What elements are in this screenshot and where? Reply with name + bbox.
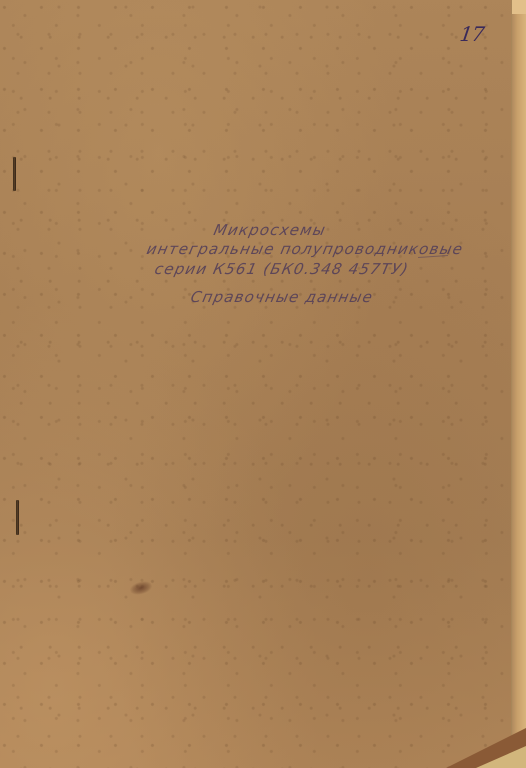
title-line-3: серии К561 (БК0.348 457ТУ) bbox=[153, 260, 411, 278]
title-line-2: интегральные полупроводниковые bbox=[145, 240, 465, 258]
cover-title-block: Микросхемы интегральные полупроводниковы… bbox=[0, 0, 526, 768]
title-line-1: Микросхемы bbox=[212, 221, 328, 239]
title-subtitle: Справочные данные bbox=[189, 288, 375, 306]
document-cover: 17 Микросхемы интегральные полупроводник… bbox=[0, 0, 526, 768]
